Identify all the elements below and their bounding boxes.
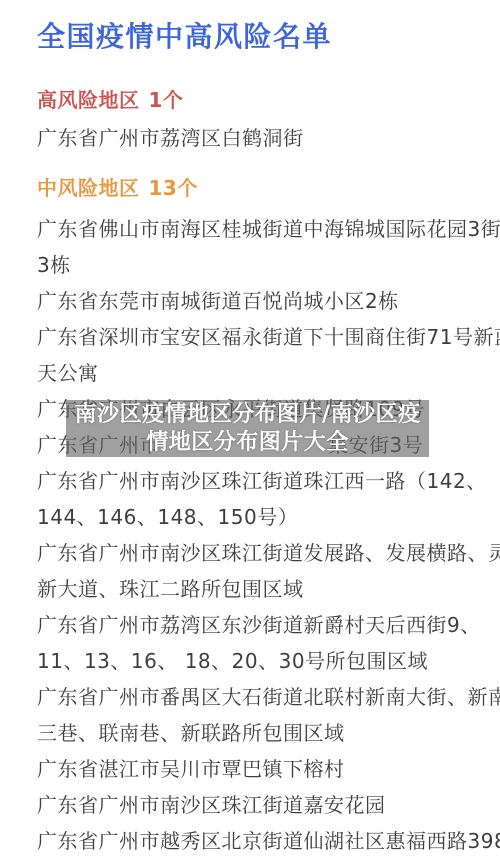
high-risk-count: 1个 [149,88,184,112]
risk-area-line: 广东省佛山市南海区桂城街道中海锦城国际花园3街 [37,211,468,247]
medium-risk-label-text: 中风险地区 [37,176,140,200]
watermark-line-1: 南沙区疫情地区分布图片/南沙区疫 [74,401,420,429]
risk-area-line: 广东省广州市荔湾区东沙街道新爵村天后西街9、 [37,607,468,643]
risk-area-line: 新大道、珠江二路所包围区域 [37,571,468,607]
risk-area-line: 广东省湛江市吴川市覃巴镇下榕村 [37,751,468,787]
risk-list-page: 全国疫情中高风险名单 高风险地区1个 广东省广州市荔湾区白鹤洞街 中风险地区13… [0,0,500,859]
watermark-overlay: 南沙区疫情地区分布图片/南沙区疫 情地区分布图片大全 [66,400,429,457]
risk-area-line: 广东省广州市南沙区珠江街道发展路、发展横路、灵 [37,535,468,571]
risk-area-line: 11、13、16、 18、20、30号所包围区域 [37,643,468,679]
risk-area-line: 广东省广州市越秀区北京街道仙湖社区惠福西路398 [37,823,468,859]
page-title: 全国疫情中高风险名单 [37,20,332,54]
risk-area-line: 三巷、联南巷、新联路所包围区域 [37,715,468,751]
medium-risk-count: 13个 [149,176,198,200]
risk-area-line: 广东省广州市荔湾区白鹤洞街 [37,120,468,156]
risk-area-line: 天公寓 [37,355,468,391]
high-risk-list: 广东省广州市荔湾区白鹤洞街 [37,120,468,156]
medium-risk-list: 广东省佛山市南海区桂城街道中海锦城国际花园3街3栋广东省东莞市南城街道百悦尚城小… [37,211,468,859]
high-risk-label-text: 高风险地区 [37,88,140,112]
medium-risk-section-label: 中风险地区13个 [37,176,198,200]
risk-area-line: 广东省深圳市宝安区福永街道下十围商住街71号新蓝 [37,319,468,355]
risk-area-line: 广东省广州市番禺区大石街道北联村新南大街、新南 [37,679,468,715]
risk-area-line: 3栋 [37,247,468,283]
risk-area-line: 144、146、148、150号） [37,499,468,535]
risk-area-line: 广东省广州市南沙区珠江街道嘉安花园 [37,787,468,823]
risk-area-line: 广东省广州市南沙区珠江街道珠江西一路（142、 [37,463,468,499]
high-risk-section-label: 高风险地区1个 [37,88,183,112]
watermark-line-2: 情地区分布图片大全 [146,429,349,457]
risk-area-line: 广东省东莞市南城街道百悦尚城小区2栋 [37,283,468,319]
